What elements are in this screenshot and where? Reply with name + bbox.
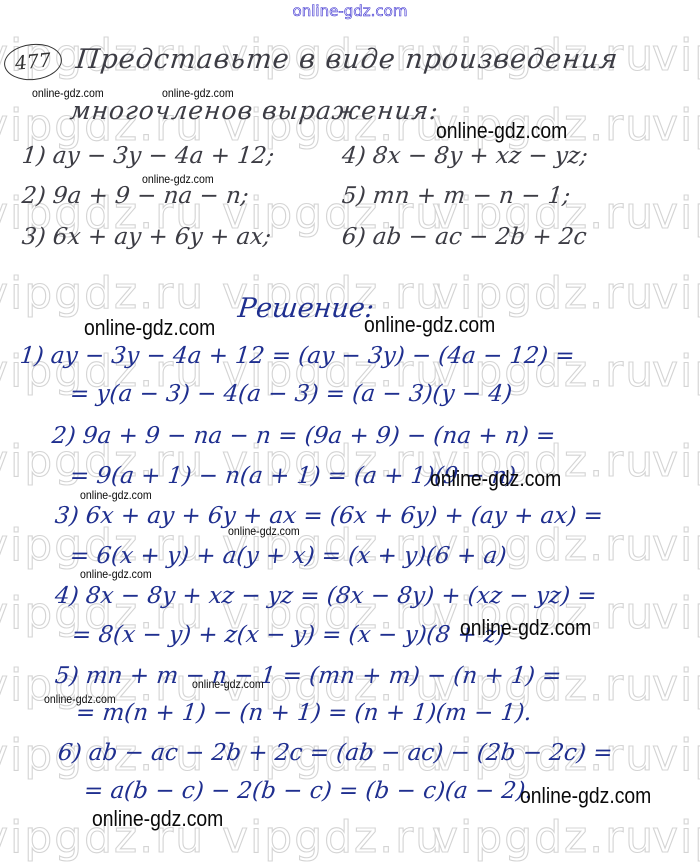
watermark-logo: online-gdz.com [44,692,116,706]
watermark: vipgdz.ru [432,812,655,863]
watermark-logo: online-gdz.com [84,315,215,341]
task-title-line2: многочленов выражения: [68,96,440,125]
problem-item: 1) ay − 3y − 4a + 12; [21,143,276,169]
watermark: vipgdz.ru [652,520,700,571]
problem-expression: 9a + 9 − na − n; [52,183,250,209]
problem-item: 2) 9a + 9 − na − n; [21,183,250,209]
problem-label: 2) [21,183,47,209]
solution-line: = 8(x − y) + z(x − y) = (x − y)(8 + z) [71,622,507,648]
watermark-logo: online-gdz.com [364,312,495,338]
problem-label: 4) [341,143,367,169]
watermark: vipgdz.ru [222,812,445,863]
watermark: vipgdz.ru [652,30,700,81]
problem-label: 1) [21,143,47,169]
watermark-logo: online-gdz.com [520,783,651,809]
watermark: vipgdz.ru [652,188,700,239]
solution-line: 6) ab − ac − 2b + 2c = (ab − ac) − (2b −… [57,740,614,766]
solution-label: 4) [54,583,80,609]
solution-label: 6) [57,740,83,766]
solution-line: = y(a − 3) − 4(a − 3) = (a − 3)(y − 4) [69,381,514,407]
watermark-logo: online-gdz.com [162,86,234,100]
problem-expression: ay − 3y − 4a + 12; [52,143,276,169]
problem-label: 5) [341,183,367,209]
problem-expression: 6x + ay + 6y + ax; [52,224,273,250]
solution-line: 3) 6x + ay + 6y + ax = (6x + 6y) + (ay +… [54,503,605,529]
task-number: 477 [14,49,52,75]
watermark-logo: online-gdz.com [436,118,567,144]
solution-line: = m(n + 1) − (n + 1) = (n + 1)(m − 1). [75,700,533,726]
solution-expression: 8x − 8y + xz − yz = (8x − 8y) + (xz − yz… [85,583,598,609]
solution-expression: mn + m − n − 1 = (mn + m) − (n + 1) = [85,663,563,689]
solution-line: = 6(x + y) + a(y + x) = (x + y)(6 + a) [69,543,508,569]
solution-line: 5) mn + m − n − 1 = (mn + m) − (n + 1) = [54,663,563,689]
watermark-logo: online-gdz.com [192,677,264,691]
problem-item: 4) 8x − 8y + xz − yz; [341,143,590,169]
watermark: vipgdz.ru [652,588,700,639]
watermark-logo: online-gdz.com [430,466,561,492]
problem-item: 5) mn + m − n − 1; [341,183,572,209]
problem-expression: 8x − 8y + xz − yz; [372,143,590,169]
task-number-badge: 477 [2,41,63,83]
watermark: vipgdz.ru [652,268,700,319]
solution-expression: ab − ac − 2b + 2c = (ab − ac) − (2b − 2c… [88,740,614,766]
solution-label: 5) [54,663,80,689]
watermark: vipgdz.ru [652,436,700,487]
watermark-logo: online-gdz.com [80,567,152,581]
solution-line: 4) 8x − 8y + xz − yz = (8x − 8y) + (xz −… [54,583,598,609]
task-title-line1: Представьте в виде произведения [74,44,620,75]
watermark-logo: online-gdz.com [228,524,300,538]
watermark: vipgdz.ru [652,660,700,711]
solution-label: 3) [54,503,80,529]
solution-line: 1) ay − 3y − 4a + 12 = (ay − 3y) − (4a −… [19,343,576,369]
watermark: vipgdz.ru [652,730,700,781]
solution-line: 2) 9a + 9 − na − n = (9a + 9) − (na + n)… [51,423,557,449]
watermark: vipgdz.ru [652,812,700,863]
problem-expression: mn + m − n − 1; [372,183,572,209]
watermark-logo: online-gdz.com [460,615,591,641]
watermark: vipgdz.ru [652,100,700,151]
solution-expression: 9a + 9 − na − n = (9a + 9) − (na + n) = [82,423,557,449]
solution-label: 2) [51,423,77,449]
watermark-logo: online-gdz.com [142,172,214,186]
solution-expression: 6x + ay + 6y + ax = (6x + 6y) + (ay + ax… [85,503,605,529]
watermark-logo: online-gdz.com [92,806,223,832]
watermark: vipgdz.ru [0,268,205,319]
solution-heading: Решение: [236,293,375,324]
problem-label: 3) [21,224,47,250]
site-link[interactable]: online-gdz.com [0,2,700,20]
problem-expression: ab − ac − 2b + 2c [372,224,588,250]
problem-item: 6) ab − ac − 2b + 2c [341,224,588,250]
solution-label: 1) [19,343,45,369]
problem-label: 6) [341,224,367,250]
watermark-logo: online-gdz.com [32,86,104,100]
problem-item: 3) 6x + ay + 6y + ax; [21,224,273,250]
watermark: vipgdz.ru [652,346,700,397]
solution-expression: ay − 3y − 4a + 12 = (ay − 3y) − (4a − 12… [50,343,576,369]
solution-line: = a(b − c) − 2(b − c) = (b − c)(a − 2). [83,778,534,804]
watermark-logo: online-gdz.com [80,488,152,502]
